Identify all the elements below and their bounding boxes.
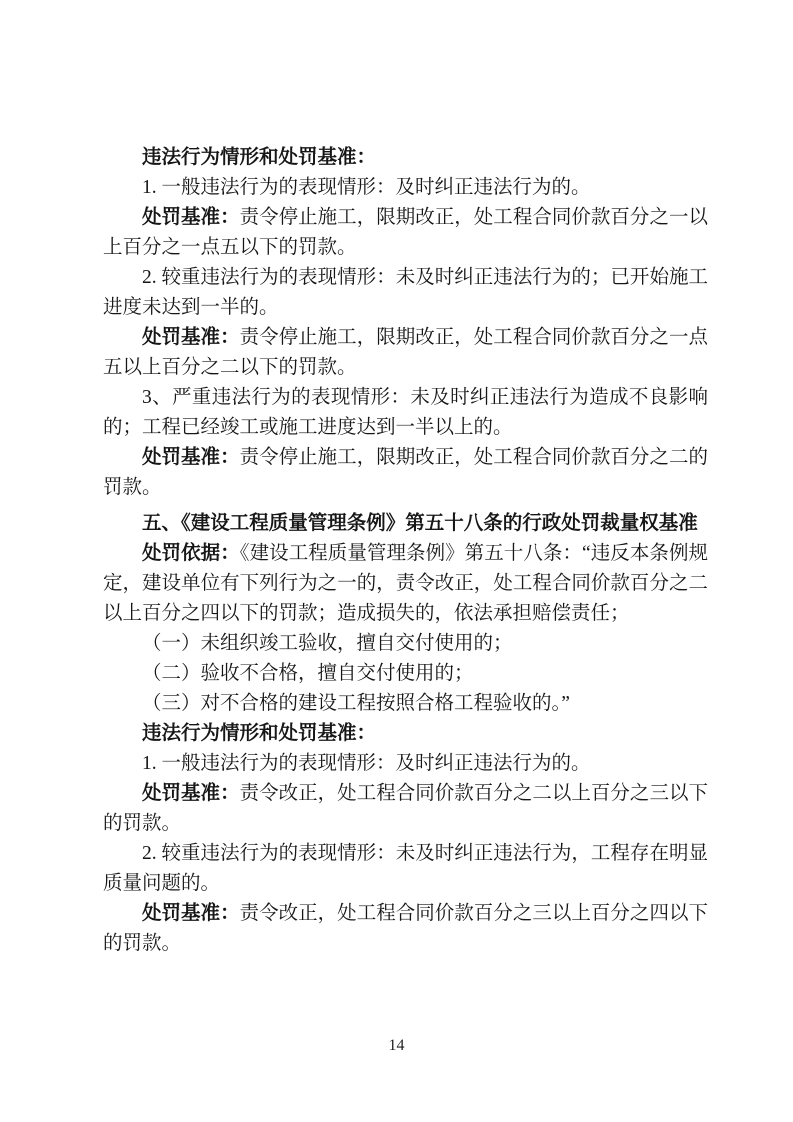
paragraph-text: 2. 较重违法行为的表现情形：未及时纠正违法行为，工程存在明显质量问题的。 xyxy=(103,843,708,894)
sub-item: （一）未组织竣工验收，擅自交付使用的； xyxy=(103,629,708,659)
page-number: 14 xyxy=(389,1037,405,1054)
document-content: 违法行为情形和处罚基准： 1. 一般违法行为的表现情形：及时纠正违法行为的。 处… xyxy=(103,143,708,959)
legal-basis-paragraph: 处罚依据：《建设工程质量管理条例》第五十八条：“违反本条例规定，建设单位有下列行… xyxy=(103,539,708,629)
heading-text: 违法行为情形和处罚基准： xyxy=(142,723,376,744)
penalty-paragraph: 处罚基准：责令改正，处工程合同价款百分之二以上百分之三以下的罚款。 xyxy=(103,779,708,839)
paragraph-lead: 处罚基准： xyxy=(142,783,240,804)
penalty-paragraph: 处罚基准：责令停止施工，限期改正，处工程合同价款百分之一以上百分之一点五以下的罚… xyxy=(103,203,708,263)
list-item: 3、严重违法行为的表现情形：未及时纠正违法行为造成不良影响的；工程已经竣工或施工… xyxy=(103,383,708,443)
paragraph-lead: 处罚基准： xyxy=(142,207,240,228)
list-item: 2. 较重违法行为的表现情形：未及时纠正违法行为的；已开始施工进度未达到一半的。 xyxy=(103,263,708,323)
heading-text: 五、《建设工程质量管理条例》第五十八条的行政处罚裁量权基准 xyxy=(142,513,698,534)
page-footer: 14 xyxy=(0,1036,793,1056)
paragraph-text: （三）对不合格的建设工程按照合格工程验收的。” xyxy=(142,693,570,714)
sub-item: （三）对不合格的建设工程按照合格工程验收的。” xyxy=(103,689,708,719)
paragraph-lead: 处罚基准： xyxy=(142,327,240,348)
paragraph-lead: 处罚基准： xyxy=(142,903,240,924)
paragraph-text: （二）验收不合格，擅自交付使用的； xyxy=(142,663,474,684)
paragraph-text: 1. 一般违法行为的表现情形：及时纠正违法行为的。 xyxy=(142,177,591,198)
paragraph-text: 2. 较重违法行为的表现情形：未及时纠正违法行为的；已开始施工进度未达到一半的。 xyxy=(103,267,708,318)
list-item: 1. 一般违法行为的表现情形：及时纠正违法行为的。 xyxy=(103,749,708,779)
document-page: 违法行为情形和处罚基准： 1. 一般违法行为的表现情形：及时纠正违法行为的。 处… xyxy=(0,0,793,1122)
paragraph-text: （一）未组织竣工验收，擅自交付使用的； xyxy=(142,633,513,654)
section-subheading: 违法行为情形和处罚基准： xyxy=(103,143,708,173)
paragraph-lead: 处罚依据： xyxy=(142,543,240,564)
sub-item: （二）验收不合格，擅自交付使用的； xyxy=(103,659,708,689)
penalty-paragraph: 处罚基准：责令停止施工，限期改正，处工程合同价款百分之二的罚款。 xyxy=(103,443,708,503)
paragraph-text: 3、严重违法行为的表现情形：未及时纠正违法行为造成不良影响的；工程已经竣工或施工… xyxy=(103,387,708,438)
penalty-paragraph: 处罚基准：责令停止施工，限期改正，处工程合同价款百分之一点五以上百分之二以下的罚… xyxy=(103,323,708,383)
penalty-paragraph: 处罚基准：责令改正，处工程合同价款百分之三以上百分之四以下的罚款。 xyxy=(103,899,708,959)
section-heading: 五、《建设工程质量管理条例》第五十八条的行政处罚裁量权基准 xyxy=(103,509,708,539)
list-item: 2. 较重违法行为的表现情形：未及时纠正违法行为，工程存在明显质量问题的。 xyxy=(103,839,708,899)
section-subheading: 违法行为情形和处罚基准： xyxy=(103,719,708,749)
list-item: 1. 一般违法行为的表现情形：及时纠正违法行为的。 xyxy=(103,173,708,203)
paragraph-text: 1. 一般违法行为的表现情形：及时纠正违法行为的。 xyxy=(142,753,591,774)
paragraph-lead: 处罚基准： xyxy=(142,447,240,468)
heading-text: 违法行为情形和处罚基准： xyxy=(142,147,376,168)
